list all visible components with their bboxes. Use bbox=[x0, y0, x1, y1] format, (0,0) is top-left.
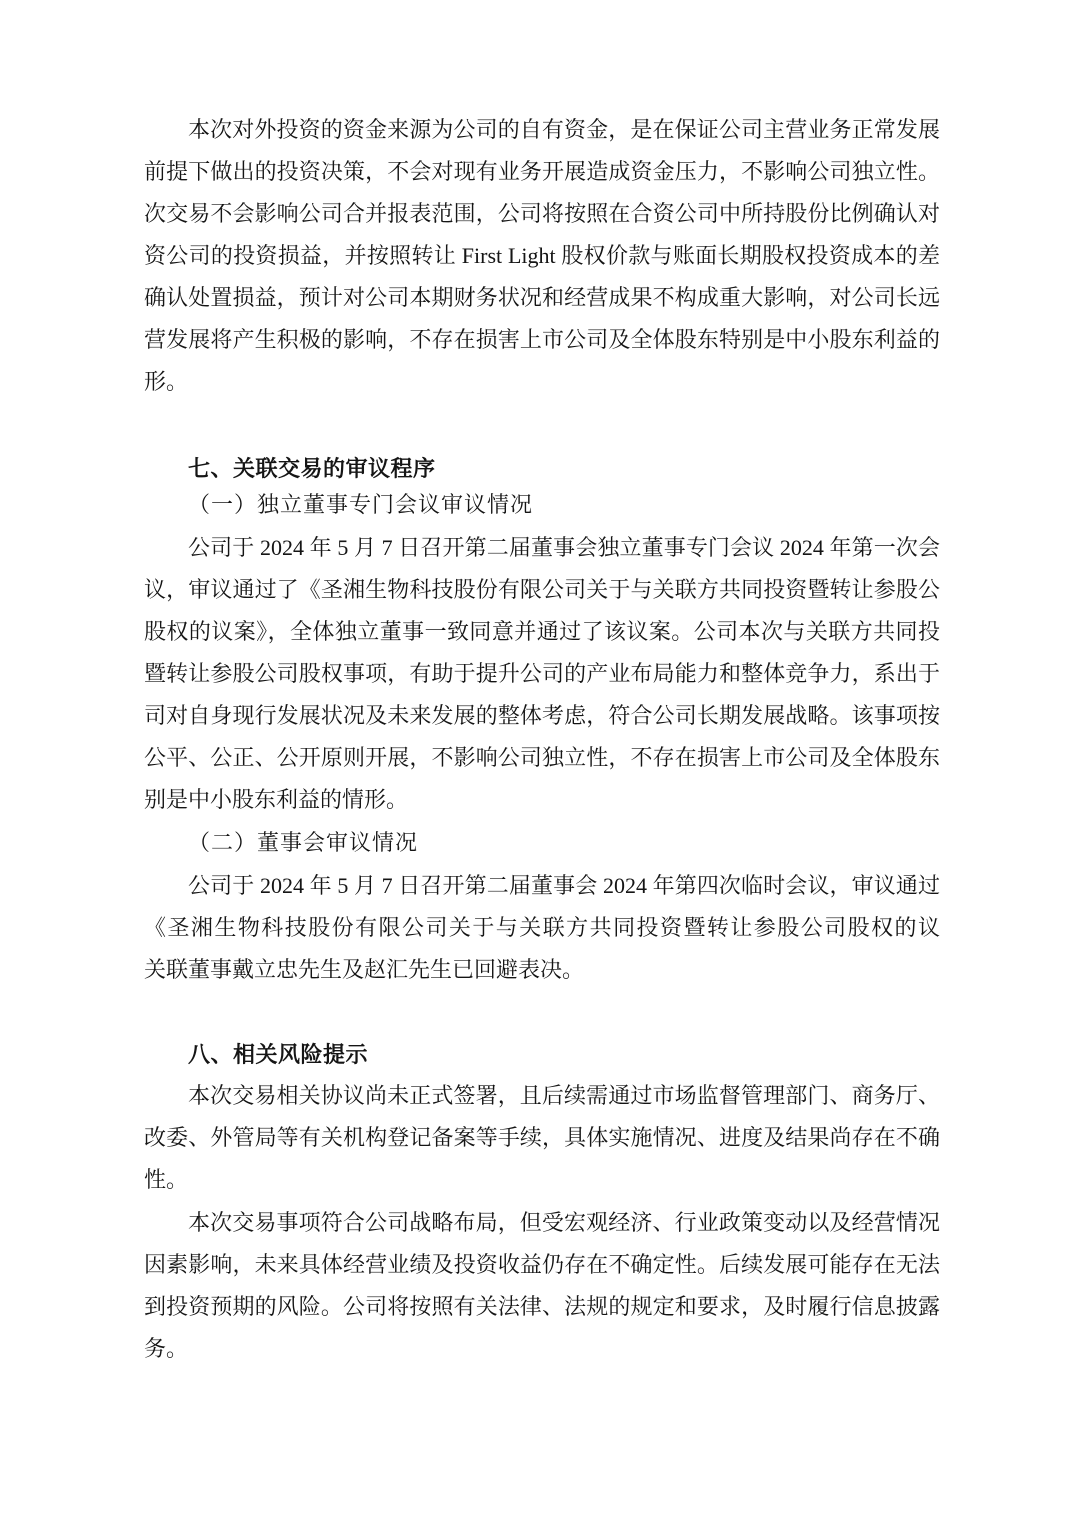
text-line: 形。 bbox=[144, 361, 940, 403]
paragraph-risk-business: 本次交易事项符合公司战略布局，但受宏观经济、行业政策变动以及经营情况等 因素影响… bbox=[144, 1202, 940, 1370]
section-heading-risk-warning: 八、相关风险提示 bbox=[144, 1035, 940, 1077]
text-line: 本次交易相关协议尚未正式签署，且后续需通过市场监督管理部门、商务厅、发 bbox=[144, 1075, 940, 1117]
text-line: 资公司的投资损益，并按照转让 First Light 股权价款与账面长期股权投资… bbox=[144, 235, 940, 277]
subsection-title-independent-directors: （一）独立董事专门会议审议情况 bbox=[144, 484, 940, 526]
text-line: 因素影响，未来具体经营业绩及投资收益仍存在不确定性。后续发展可能存在无法达 bbox=[144, 1244, 940, 1286]
text-line: 公平、公正、公开原则开展，不影响公司独立性，不存在损害上市公司及全体股东特 bbox=[144, 737, 940, 779]
text-line: 前提下做出的投资决策，不会对现有业务开展造成资金压力，不影响公司独立性。本 bbox=[144, 151, 940, 193]
text-line: 《圣湘生物科技股份有限公司关于与关联方共同投资暨转让参股公司股权的议案》， bbox=[144, 907, 940, 949]
document-page: 本次对外投资的资金来源为公司的自有资金，是在保证公司主营业务正常发展的 前提下做… bbox=[0, 0, 1080, 1527]
paragraph-risk-agreement: 本次交易相关协议尚未正式签署，且后续需通过市场监督管理部门、商务厅、发 改委、外… bbox=[144, 1075, 940, 1201]
text-line: 暨转让参股公司股权事项，有助于提升公司的产业布局能力和整体竞争力，系出于公 bbox=[144, 653, 940, 695]
text-line: 股权的议案》，全体独立董事一致同意并通过了该议案。公司本次与关联方共同投资 bbox=[144, 611, 940, 653]
text-line: 到投资预期的风险。公司将按照有关法律、法规的规定和要求，及时履行信息披露义 bbox=[144, 1286, 940, 1328]
text-line: 别是中小股东利益的情形。 bbox=[144, 779, 940, 821]
text-line: 本次交易事项符合公司战略布局，但受宏观经济、行业政策变动以及经营情况等 bbox=[144, 1202, 940, 1244]
text-line: 本次对外投资的资金来源为公司的自有资金，是在保证公司主营业务正常发展的 bbox=[144, 109, 940, 151]
intro-paragraph: 本次对外投资的资金来源为公司的自有资金，是在保证公司主营业务正常发展的 前提下做… bbox=[144, 109, 940, 403]
text-line: 改委、外管局等有关机构登记备案等手续，具体实施情况、进度及结果尚存在不确定 bbox=[144, 1117, 940, 1159]
text-line: 关联董事戴立忠先生及赵汇先生已回避表决。 bbox=[144, 949, 940, 991]
text-line: 公司于 2024 年 5 月 7 日召开第二届董事会 2024 年第四次临时会议… bbox=[144, 865, 940, 907]
text-line: 性。 bbox=[144, 1159, 940, 1201]
text-line: 公司于 2024 年 5 月 7 日召开第二届董事会独立董事专门会议 2024 … bbox=[144, 527, 940, 569]
text-line: 务。 bbox=[144, 1328, 940, 1370]
text-line: 司对自身现行发展状况及未来发展的整体考虑，符合公司长期发展战略。该事项按照 bbox=[144, 695, 940, 737]
text-line: 营发展将产生积极的影响，不存在损害上市公司及全体股东特别是中小股东利益的情 bbox=[144, 319, 940, 361]
text-line: 次交易不会影响公司合并报表范围，公司将按照在合资公司中所持股份比例确认对合 bbox=[144, 193, 940, 235]
paragraph-independent-directors: 公司于 2024 年 5 月 7 日召开第二届董事会独立董事专门会议 2024 … bbox=[144, 527, 940, 821]
text-line: 确认处置损益，预计对公司本期财务状况和经营成果不构成重大影响，对公司长远经 bbox=[144, 277, 940, 319]
text-line: 议，审议通过了《圣湘生物科技股份有限公司关于与关联方共同投资暨转让参股公司 bbox=[144, 569, 940, 611]
subsection-title-board: （二）董事会审议情况 bbox=[144, 822, 940, 864]
paragraph-board: 公司于 2024 年 5 月 7 日召开第二届董事会 2024 年第四次临时会议… bbox=[144, 865, 940, 991]
